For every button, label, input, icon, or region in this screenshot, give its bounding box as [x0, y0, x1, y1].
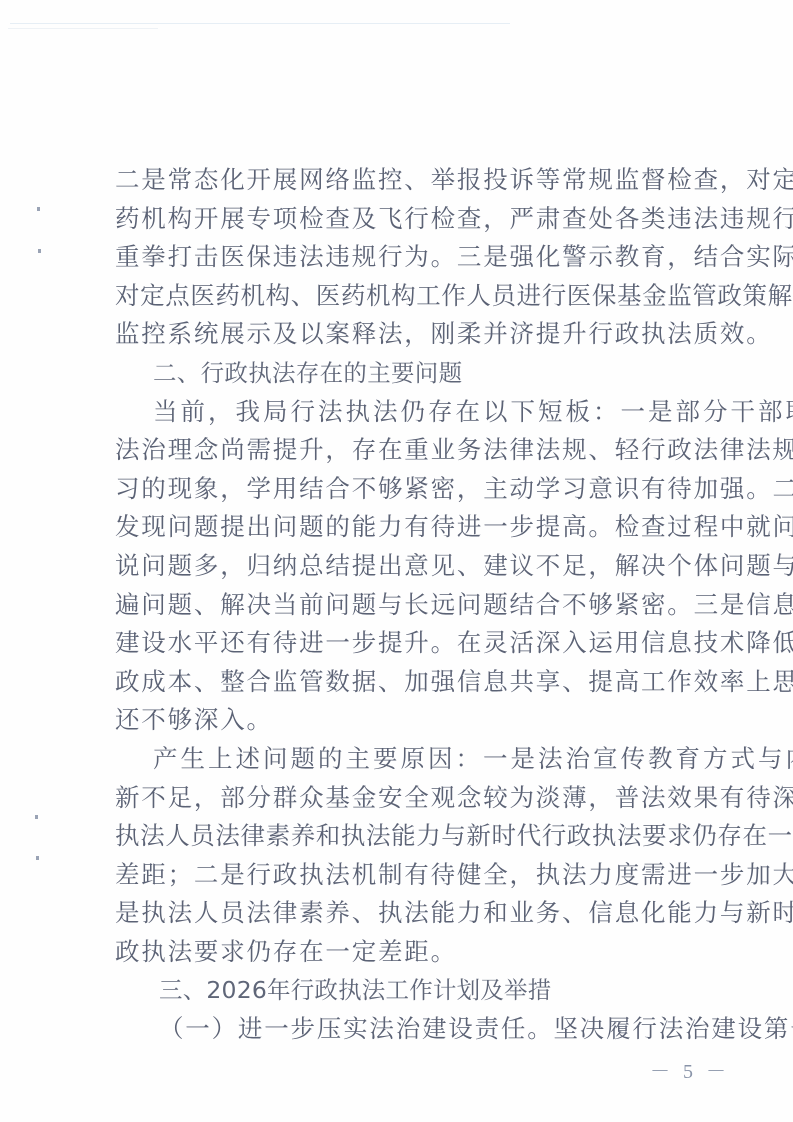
binding-mark [37, 207, 40, 211]
text-line: 执法人员法律素养和执法能力与新时代行政执法要求仍存在一定 [115, 817, 695, 856]
text-line: 差距；二是行政执法机制有待健全，执法力度需进一步加大；三 [115, 856, 695, 895]
text-line: 是执法人员法律素养、执法能力和业务、信息化能力与新时代行 [115, 894, 695, 933]
text-line: 政成本、整合监管数据、加强信息共享、提高工作效率上思考 [115, 663, 695, 702]
document-page: 二是常态化开展网络监控、举报投诉等常规监督检查，对定点医 药机构开展专项检查及飞… [0, 0, 793, 1122]
scan-edge-line [8, 28, 158, 29]
text-line: 当前，我局行法执法仍存在以下短板：一是部分干部职工 [115, 393, 695, 432]
section-heading-3: 三、2026年行政执法工作计划及举措 [115, 971, 695, 1010]
text-line: 说问题多，归纳总结提出意见、建议不足，解决个体问题与普 [115, 547, 695, 586]
text-line: 还不够深入。 [115, 701, 695, 740]
binding-mark [36, 856, 39, 860]
text-line: 法治理念尚需提升，存在重业务法律法规、轻行政法律法规学 [115, 431, 695, 470]
text-line: 政执法要求仍存在一定差距。 [115, 933, 695, 972]
text-line: 药机构开展专项检查及飞行检查，严肃查处各类违法违规行为， [115, 200, 695, 239]
text-line: 新不足，部分群众基金安全观念较为淡薄，普法效果有待深化。 [115, 779, 695, 818]
text-line: 监控系统展示及以案释法，刚柔并济提升行政执法质效。 [115, 315, 695, 354]
text-line: 重拳打击医保违法违规行为。三是强化警示教育，结合实际开展 [115, 238, 695, 277]
text-line: 产生上述问题的主要原因：一是法治宣传教育方式与内容创 [115, 740, 695, 779]
text-line: 二是常态化开展网络监控、举报投诉等常规监督检查，对定点医 [115, 161, 695, 200]
subsection-heading: （一）进一步压实法治建设责任。坚决履行法治建设第一责 [115, 1010, 695, 1049]
text-line: 遍问题、解决当前问题与长远问题结合不够紧密。三是信息化 [115, 586, 695, 625]
document-body: 二是常态化开展网络监控、举报投诉等常规监督检查，对定点医 药机构开展专项检查及飞… [115, 161, 695, 1049]
section-heading-2: 二、行政执法存在的主要问题 [115, 354, 695, 393]
page-number: － 5 － [650, 1055, 730, 1084]
scan-edge-line [10, 23, 510, 24]
text-line: 对定点医药机构、医药机构工作人员进行医保基金监管政策解读、 [115, 277, 695, 316]
text-line: 习的现象，学用结合不够紧密，主动学习意识有待加强。二是 [115, 470, 695, 509]
text-line: 建设水平还有待进一步提升。在灵活深入运用信息技术降低行 [115, 624, 695, 663]
binding-mark [38, 249, 41, 253]
text-line: 发现问题提出问题的能力有待进一步提高。检查过程中就问题 [115, 508, 695, 547]
binding-mark [35, 815, 38, 819]
